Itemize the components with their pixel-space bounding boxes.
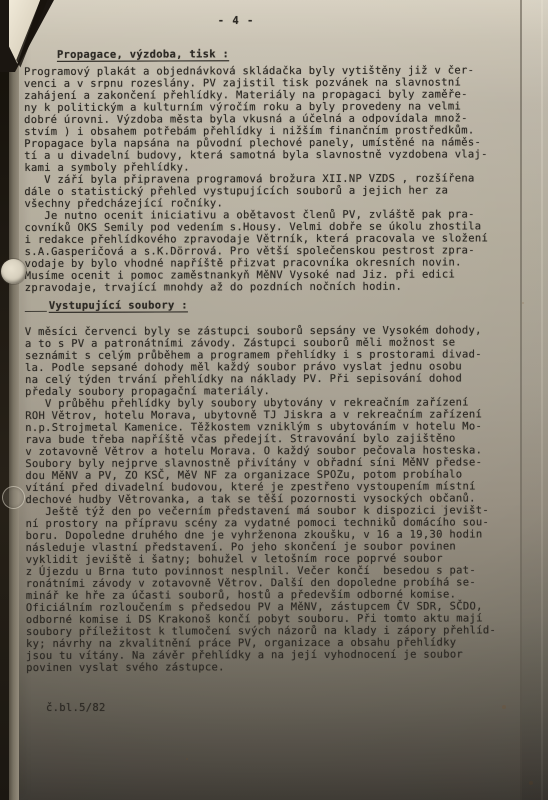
punch-hole-top (1, 259, 26, 284)
paragraph-soubory-2: V průběhu přehlídky byly soubory ubytová… (25, 396, 537, 506)
scanned-document-photo: - 4 - Propagace, výzdoba, tisk : Program… (0, 0, 548, 800)
paragraph-soubory-1: V měsíci červenci byly se zástupci soubo… (25, 324, 537, 398)
document-page: - 4 - Propagace, výzdoba, tisk : Program… (0, 0, 548, 800)
book-gutter-shadow (0, 0, 9, 800)
paragraph-soubory-3: Ještě týž den po večerním představení má… (26, 504, 539, 674)
paragraph-propagace-2: V září byla připravena programová brožur… (24, 172, 536, 210)
section-heading-vystupujici-soubory: Vystupující soubory : (49, 299, 188, 311)
document-reference-number: č.bl.5/82 (46, 702, 106, 714)
underlying-page-edge (9, 0, 19, 800)
paragraph-propagace-3: Je nutno ocenit iniciativu a obětavost č… (24, 208, 536, 294)
page-number: - 4 - (0, 15, 472, 27)
section-heading-row: Vystupující soubory : (25, 298, 537, 312)
far-right-edge-highlight (541, 0, 543, 800)
document-body: Propagace, výzdoba, tisk : Programový pl… (24, 47, 538, 674)
right-margin-strip (522, 0, 548, 800)
heading-lead-underline (25, 311, 47, 312)
section-heading-propagace: Propagace, výzdoba, tisk : (57, 47, 536, 61)
paragraph-propagace-1: Programový plakát a objednávková skládač… (24, 64, 536, 174)
punch-hole-bottom (2, 486, 25, 509)
